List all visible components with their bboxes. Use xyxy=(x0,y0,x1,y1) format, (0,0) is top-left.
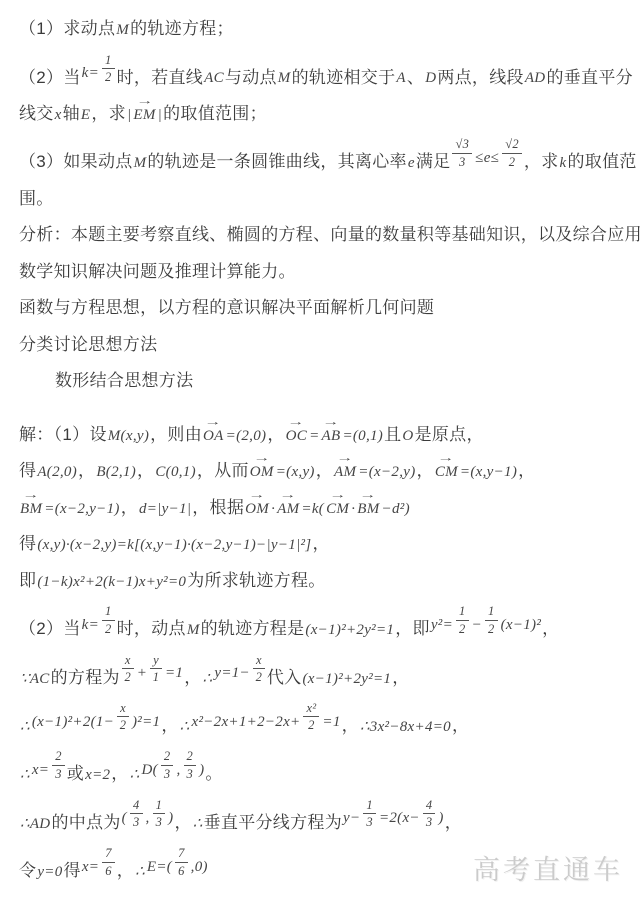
vector-run: OM xyxy=(249,464,275,481)
text-run: 的轨迹方程是 xyxy=(201,619,305,638)
fraction-numerator: x² xyxy=(303,701,319,717)
fraction-denominator: 2 xyxy=(117,717,129,732)
fraction: 12 xyxy=(102,53,115,85)
text-run: ，从而 xyxy=(197,461,249,480)
vector-run: AM xyxy=(333,464,357,481)
fraction-denominator: 2 xyxy=(485,621,498,636)
math-run: ) xyxy=(437,810,444,826)
question-part2-line1: （2）当k=12时，若直线AC与动点M的轨迹相交于A、D两点，线段AD的垂直平分 xyxy=(19,53,632,90)
text-run: 即 xyxy=(19,571,36,590)
solution1-line3: BM=(x−2,y−1)，d=|y−1|，根据OM·AM=k(CM·BM−d²) xyxy=(19,495,632,521)
text-run: ， xyxy=(417,461,434,480)
text-run: ， xyxy=(117,861,134,880)
math-run: ∴ xyxy=(202,671,214,687)
math-run: ∵AC xyxy=(19,671,51,687)
math-run: y=0 xyxy=(36,864,63,880)
fraction-denominator: 3 xyxy=(52,766,65,781)
fraction-numerator: 2 xyxy=(184,749,197,765)
math-run: =(x,y−1) xyxy=(459,464,518,480)
text-run: ， xyxy=(316,461,333,480)
math-run: )²=1 xyxy=(131,714,161,730)
math-run: (x−1)² xyxy=(500,617,543,633)
math-run: O xyxy=(401,428,414,444)
math-run: D( xyxy=(140,762,158,778)
math-document-page: （1）求动点M的轨迹方程；（2）当k=12时，若直线AC与动点M的轨迹相交于A、… xyxy=(0,0,640,884)
math-run: M xyxy=(186,622,201,638)
text-run: ，根据 xyxy=(192,498,244,517)
text-run: 为所求轨迹方程。 xyxy=(187,571,325,590)
fraction-denominator: 6 xyxy=(175,863,188,878)
solution2-line1: （2）当k=12时，动点M的轨迹方程是(x−1)²+2y²=1，即y²=12−1… xyxy=(19,604,632,641)
solution1-line2: 得A(2,0)，B(2,1)，C(0,1)，从而OM=(x,y)，AM=(x−2… xyxy=(19,458,632,484)
text-run: 线交 xyxy=(19,104,54,123)
text-run: ， xyxy=(174,813,191,832)
text-run: 分析：本题主要考察直线、椭圆的方程、向量的数量积等基础知识，以及综合应用 xyxy=(19,225,640,244)
math-run: (x−1)²+2y²=1 xyxy=(304,622,395,638)
fraction: 12 xyxy=(456,604,469,636)
math-run: k= xyxy=(81,65,100,81)
math-run: =(x−2,y−1) xyxy=(43,501,120,517)
text-run: ， xyxy=(452,716,469,735)
text-run: （3）如果动点 xyxy=(19,152,133,171)
fraction-denominator: 3 xyxy=(161,766,174,781)
fraction-denominator: 3 xyxy=(423,814,436,829)
text-run: 的取值范 xyxy=(567,152,636,171)
math-run: ∴3x²−8x+4=0 xyxy=(359,719,452,735)
fraction: √33 xyxy=(452,137,472,169)
fraction: x2 xyxy=(122,653,134,685)
text-run: 或 xyxy=(67,764,84,783)
text-run: 数学知识解决问题及推理计算能力。 xyxy=(19,262,296,281)
math-run: d=|y−1| xyxy=(138,501,192,517)
text-run: 的轨迹是一条圆锥曲线，其离心率 xyxy=(147,152,407,171)
math-run: M xyxy=(133,155,148,171)
text-run: 的垂直平分 xyxy=(546,67,633,86)
math-run: =k( xyxy=(300,501,325,517)
math-run: A(2,0) xyxy=(36,464,78,480)
fraction: 13 xyxy=(363,798,376,830)
math-run: ∴ xyxy=(134,864,146,880)
solution1-line5: 即(1−k)x²+2(k−1)x+y²=0为所求轨迹方程。 xyxy=(19,568,632,594)
math-run: (x,y)·(x−2,y)=k[(x,y−1)·(x−2,y−1)−|y−1|²… xyxy=(36,537,312,553)
fraction-numerator: 1 xyxy=(102,604,115,620)
math-run: A xyxy=(395,70,406,86)
text-run: 的轨迹方程； xyxy=(130,19,234,38)
vector-run: AM xyxy=(276,501,300,518)
text-run: 数形结合思想方法 xyxy=(55,371,193,390)
fraction-numerator: 1 xyxy=(485,604,498,620)
math-run: B(2,1) xyxy=(95,464,137,480)
text-run: 的方程为 xyxy=(51,668,120,687)
text-run: 得 xyxy=(19,461,36,480)
math-run: y²= xyxy=(430,617,454,633)
math-run: =(x−2,y) xyxy=(357,464,416,480)
math-run: ∴ xyxy=(19,767,31,783)
fraction-denominator: 2 xyxy=(253,669,265,684)
math-run: M(x,y) xyxy=(107,428,150,444)
fraction: 12 xyxy=(485,604,498,636)
fraction: 43 xyxy=(130,798,143,830)
fraction-denominator: 2 xyxy=(303,717,319,732)
fraction-numerator: y xyxy=(150,653,162,669)
vector-run: AB xyxy=(321,428,342,445)
text-run: 满足 xyxy=(416,152,451,171)
math-run: M xyxy=(277,70,292,86)
text-run: ， xyxy=(121,498,138,517)
math-run: + xyxy=(136,665,148,681)
fraction-denominator: 2 xyxy=(122,669,134,684)
fraction: 23 xyxy=(52,749,65,781)
math-run: =1 xyxy=(321,714,341,730)
solution2-line4: ∴x=23或x=2，∴D(23,23)。 xyxy=(19,749,632,786)
math-run: x²−2x+1+2−2x+ xyxy=(191,714,302,730)
text-run: ， xyxy=(137,461,154,480)
fraction-denominator: 2 xyxy=(456,621,469,636)
document-body: （1）求动点M的轨迹方程；（2）当k=12时，若直线AC与动点M的轨迹相交于A、… xyxy=(19,16,632,884)
math-run: E xyxy=(80,107,91,123)
fraction: √22 xyxy=(502,137,522,169)
math-run: ∴ xyxy=(129,767,141,783)
math-run: ∴ xyxy=(179,719,191,735)
text-run: ， xyxy=(184,668,201,687)
math-run: y=1− xyxy=(213,665,251,681)
text-run: 。 xyxy=(205,764,222,783)
text-run: 函数与方程思想，以方程的意识解决平面解析几何问题 xyxy=(19,298,434,317)
text-run: 垂直平分线方程为 xyxy=(204,813,342,832)
fraction-numerator: 4 xyxy=(130,798,143,814)
text-run: ，求 xyxy=(524,152,559,171)
text-run: 得 xyxy=(64,861,81,880)
math-run: = xyxy=(308,428,320,444)
fraction: 12 xyxy=(102,604,115,636)
text-run: ， xyxy=(312,534,329,553)
fraction: 43 xyxy=(423,798,436,830)
fraction: 23 xyxy=(184,749,197,781)
text-run: 代入 xyxy=(267,668,302,687)
math-run: e xyxy=(407,155,416,171)
text-run: 解：（1）设 xyxy=(19,425,107,444)
text-run: 令 xyxy=(19,861,36,880)
fraction-denominator: 3 xyxy=(153,814,166,829)
fraction-numerator: x xyxy=(122,653,134,669)
vector-run: CM xyxy=(434,464,459,481)
math-run: (x−1)²+2y²=1 xyxy=(301,671,392,687)
fraction-numerator: 1 xyxy=(363,798,376,814)
math-run: =(0,1) xyxy=(341,428,384,444)
math-run: AC xyxy=(203,70,225,86)
fraction-denominator: 3 xyxy=(363,814,376,829)
text-run: 的轨迹相交于 xyxy=(292,67,396,86)
fraction: 76 xyxy=(102,846,115,878)
text-run: ， xyxy=(111,764,128,783)
question-part2-line2: 线交x轴E，求|EM|的取值范围； xyxy=(19,101,632,127)
math-run: x= xyxy=(31,762,50,778)
text-run: 的取值范围； xyxy=(163,104,267,123)
math-run: (x−1)²+2(1− xyxy=(31,714,115,730)
fraction-numerator: 2 xyxy=(161,749,174,765)
math-run: =1 xyxy=(164,665,184,681)
vector-run: OC xyxy=(285,428,308,445)
text-run: 轴 xyxy=(63,104,80,123)
fraction-numerator: 1 xyxy=(456,604,469,620)
math-run: − xyxy=(471,617,483,633)
solution2-line2: ∵AC的方程为x2+y1=1，∴y=1−x2代入(x−1)²+2y²=1， xyxy=(19,653,632,690)
text-run: ， xyxy=(161,716,178,735)
text-run: 时，若直线 xyxy=(117,67,204,86)
method-line1: 函数与方程思想，以方程的意识解决平面解析几何问题 xyxy=(19,295,632,321)
vector-run: BM xyxy=(19,501,43,518)
fraction-denominator: 2 xyxy=(502,154,522,169)
analysis-line2: 数学知识解决问题及推理计算能力。 xyxy=(19,259,632,285)
fraction: x2 xyxy=(117,701,129,733)
math-run: =(x,y) xyxy=(275,464,316,480)
watermark-text: 高考直通车 xyxy=(473,848,623,887)
fraction-denominator: 3 xyxy=(184,766,197,781)
math-run: ∴AD xyxy=(19,816,51,832)
text-run: ， xyxy=(445,813,462,832)
math-run: AD xyxy=(524,70,547,86)
text-run: 时，动点 xyxy=(117,619,186,638)
text-run: 两点，线段 xyxy=(437,67,524,86)
fraction-denominator: 3 xyxy=(452,154,472,169)
text-run: ， xyxy=(518,461,535,480)
vector-run: EM xyxy=(132,107,156,124)
fraction-numerator: x xyxy=(253,653,265,669)
method-line2: 分类讨论思想方法 xyxy=(19,332,632,358)
analysis-line1: 分析：本题主要考察直线、椭圆的方程、向量的数量积等基础知识，以及综合应用 xyxy=(19,222,632,248)
fraction-numerator: 1 xyxy=(153,798,166,814)
math-run: x=2 xyxy=(84,767,111,783)
text-run: ，即 xyxy=(395,619,430,638)
text-run: ， xyxy=(542,619,559,638)
fraction: 13 xyxy=(153,798,166,830)
vector-run: OA xyxy=(202,428,225,445)
text-run: 围。 xyxy=(19,189,54,208)
fraction-denominator: 6 xyxy=(102,863,115,878)
math-run: x= xyxy=(81,859,100,875)
math-run: ,0) xyxy=(190,859,209,875)
math-run: , xyxy=(175,762,181,778)
solution2-line3: ∴(x−1)²+2(1−x2)²=1，∴x²−2x+1+2−2x+x²2=1，∴… xyxy=(19,701,632,738)
text-run: （2）当 xyxy=(19,619,81,638)
fraction: 76 xyxy=(175,846,188,878)
math-run: E=( xyxy=(146,859,173,875)
method-line3: 数形结合思想方法 xyxy=(55,368,632,394)
fraction: 23 xyxy=(161,749,174,781)
text-run: 与动点 xyxy=(225,67,277,86)
math-run: M xyxy=(115,22,130,38)
text-run: （2）当 xyxy=(19,67,81,86)
fraction-numerator: x xyxy=(117,701,129,717)
text-run: ，则由 xyxy=(150,425,202,444)
fraction: x2 xyxy=(253,653,265,685)
solution2-line5: ∴AD的中点为(43,13)，∴垂直平分线方程为y−13=2(x−43)， xyxy=(19,798,632,835)
text-run: ， xyxy=(392,668,409,687)
question-part3-line1: （3）如果动点M的轨迹是一条圆锥曲线，其离心率e满足√33≤e≤√22，求k的取… xyxy=(19,137,632,174)
text-run: （1）求动点 xyxy=(19,19,115,38)
fraction-numerator: √2 xyxy=(502,137,522,153)
solution1-line4: 得(x,y)·(x−2,y)=k[(x,y−1)·(x−2,y−1)−|y−1|… xyxy=(19,531,632,557)
fraction-denominator: 3 xyxy=(130,814,143,829)
math-run: =(2,0) xyxy=(225,428,268,444)
math-run: ( xyxy=(121,810,128,826)
text-run: ， xyxy=(78,461,95,480)
question-part1: （1）求动点M的轨迹方程； xyxy=(19,16,632,42)
text-run: ， xyxy=(267,425,284,444)
math-run: k= xyxy=(81,617,100,633)
fraction-numerator: √3 xyxy=(452,137,472,153)
fraction-numerator: 4 xyxy=(423,798,436,814)
math-run: −d²) xyxy=(381,501,411,517)
text-run: 得 xyxy=(19,534,36,553)
math-run: ≤e≤ xyxy=(474,150,500,166)
fraction-denominator: 2 xyxy=(102,69,115,84)
fraction-numerator: 1 xyxy=(102,53,115,69)
text-run: 分类讨论思想方法 xyxy=(19,335,157,354)
fraction: y1 xyxy=(150,653,162,685)
text-run: 的中点为 xyxy=(51,813,120,832)
math-run: ∴ xyxy=(19,719,31,735)
fraction-denominator: 2 xyxy=(102,621,115,636)
fraction-numerator: 7 xyxy=(175,846,188,862)
vector-run: BM xyxy=(356,501,380,518)
math-run: y− xyxy=(342,810,361,826)
solution1-line1: 解：（1）设M(x,y)，则由OA=(2,0)，OC=AB=(0,1)且O是原点… xyxy=(19,422,632,448)
fraction-numerator: 2 xyxy=(52,749,65,765)
math-run: x xyxy=(54,107,63,123)
math-run: C(0,1) xyxy=(154,464,197,480)
math-run: (1−k)x²+2(k−1)x+y²=0 xyxy=(36,574,187,590)
text-run: ，求 xyxy=(91,104,126,123)
math-run: , xyxy=(145,810,151,826)
text-run: 、 xyxy=(407,67,424,86)
math-run: ∴ xyxy=(192,816,204,832)
text-run: ， xyxy=(342,716,359,735)
vector-run: CM xyxy=(325,501,350,518)
text-run: 是原点， xyxy=(415,425,484,444)
vector-run: OM xyxy=(244,501,270,518)
math-run: D xyxy=(424,70,437,86)
text-run: 且 xyxy=(384,425,401,444)
fraction-numerator: 7 xyxy=(102,846,115,862)
math-run: =2(x− xyxy=(378,810,421,826)
fraction: x²2 xyxy=(303,701,319,733)
question-part3-line2: 围。 xyxy=(19,186,632,212)
fraction-denominator: 1 xyxy=(150,669,162,684)
